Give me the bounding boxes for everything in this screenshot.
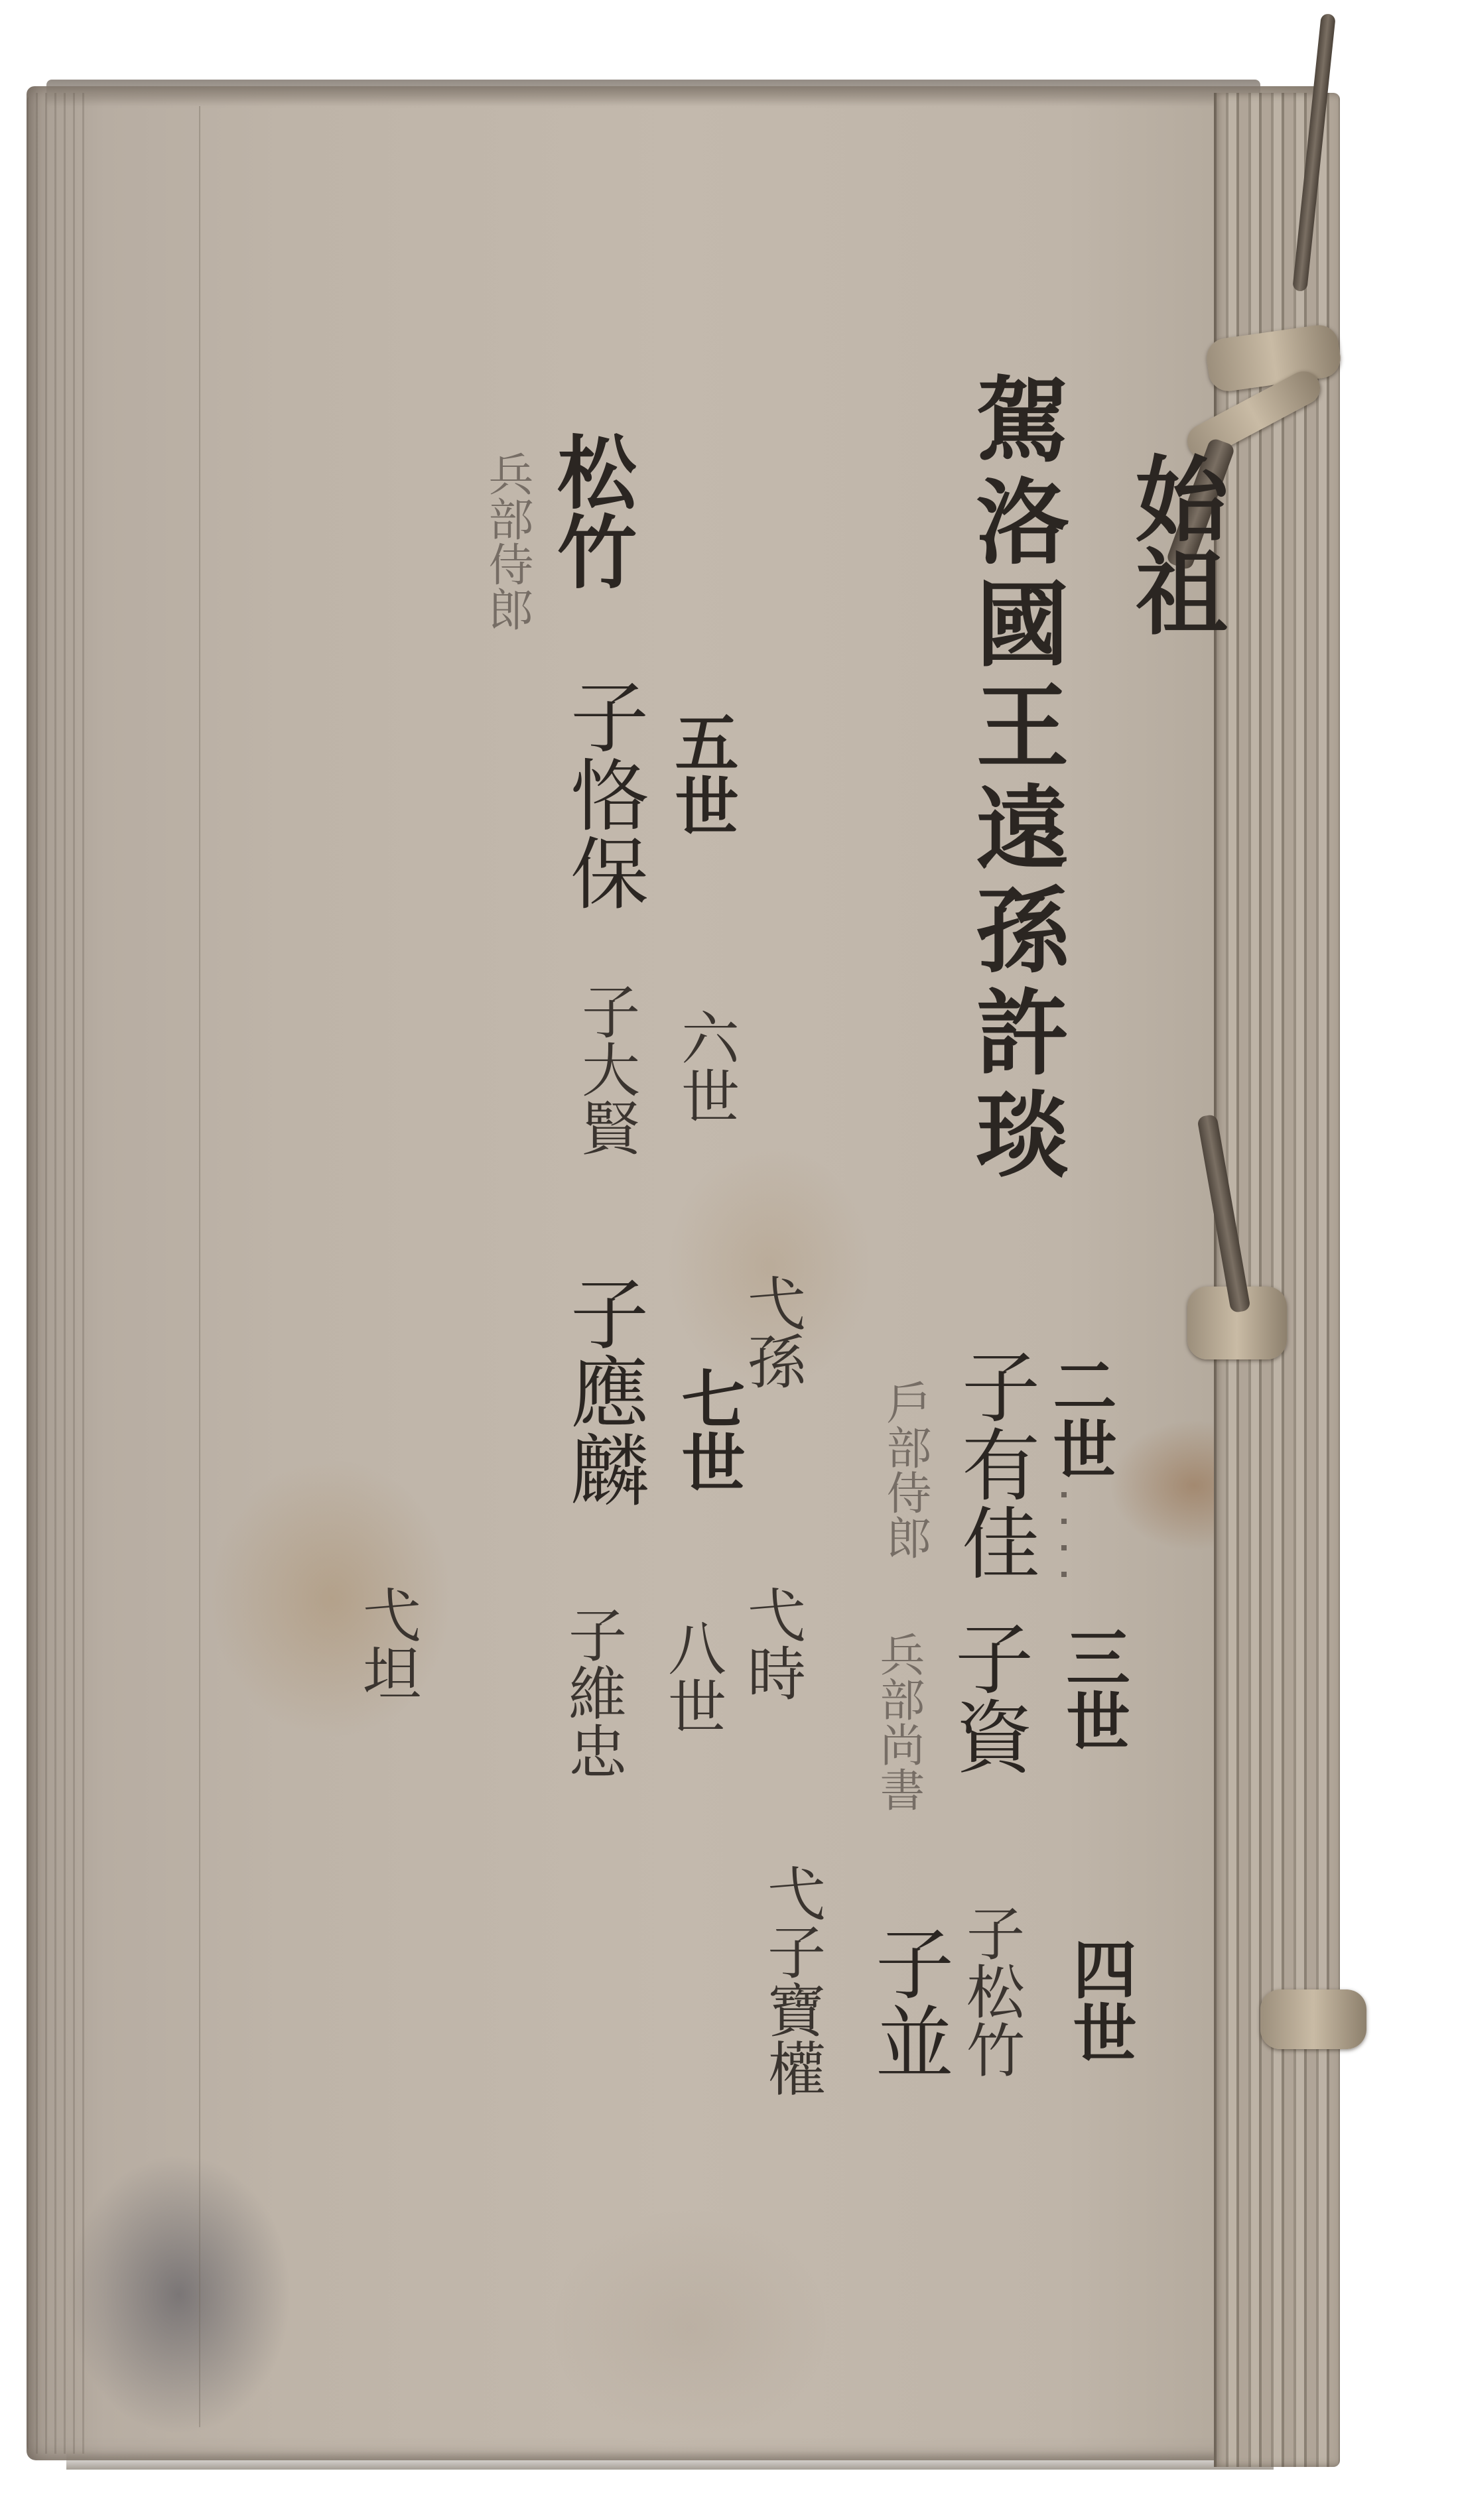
generation-2-entry: 子有佳 bbox=[955, 1346, 1033, 1581]
progenitor-heading: 始祖 bbox=[1128, 451, 1221, 637]
generation-7-label: 七世 bbox=[677, 1366, 740, 1493]
generation-5-annotation: 兵部侍郎 bbox=[484, 451, 529, 631]
page-left-edge bbox=[27, 93, 86, 2454]
generation-2-annotation: 戶部侍郎 bbox=[882, 1379, 927, 1560]
fold-line bbox=[199, 106, 200, 2427]
generation-6-label: 六世 bbox=[677, 1008, 735, 1125]
generation-4-extra: 弋子寶權 bbox=[763, 1863, 821, 2097]
generation-8-extra: 弋時 bbox=[743, 1585, 801, 1702]
generation-8-entry: 子維忠 bbox=[564, 1605, 622, 1780]
page-bottom-edge bbox=[66, 2451, 1274, 2470]
generation-5-entry: 子恪保 bbox=[564, 676, 642, 911]
generation-5-heading-name: 松竹 bbox=[551, 431, 630, 590]
generation-4-label: 四世 bbox=[1068, 1936, 1132, 2064]
generation-7-entry: 子應麟 bbox=[564, 1273, 642, 1508]
generation-7-extra: 弋孫 bbox=[743, 1273, 801, 1390]
generation-4-entry-2: 子並 bbox=[869, 1923, 947, 2080]
generation-8-label: 八世 bbox=[663, 1618, 722, 1735]
generation-2-label: 二世 bbox=[1048, 1353, 1112, 1480]
generation-5-label: 五世 bbox=[670, 710, 734, 837]
generation-4-entry-1: 子松竹 bbox=[962, 1903, 1020, 2078]
generation-3-label: 三世 bbox=[1061, 1625, 1125, 1752]
page-paper bbox=[27, 86, 1327, 2460]
progenitor-title-line: 駕洛國王遠孫許琰 bbox=[968, 371, 1061, 1188]
connector-dots bbox=[1061, 1492, 1067, 1598]
generation-3-annotation: 兵部尚書 bbox=[876, 1631, 921, 1812]
left-bottom-mark: 弋坦 bbox=[358, 1585, 417, 1702]
generation-6-entry: 子大賢 bbox=[577, 981, 635, 1157]
binding-cord-bottom bbox=[1260, 1989, 1366, 2049]
genealogy-book bbox=[27, 66, 1386, 2467]
generation-3-entry: 子資 bbox=[949, 1618, 1027, 1775]
page-top-edge bbox=[46, 80, 1260, 106]
